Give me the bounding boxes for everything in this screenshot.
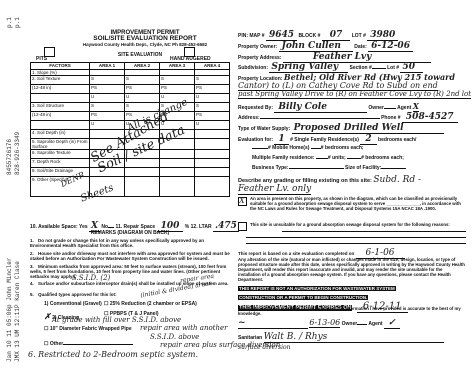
location-line-3[interactable]: past Spring Valley Drive to (R) on Feath…: [238, 90, 471, 99]
sanitarian-signature[interactable]: Walt B. / Rhys: [264, 332, 444, 343]
unsuitable-checkbox[interactable]: [238, 222, 247, 231]
subdivision-row: Subdivision: Spring Valley Section # Lot…: [238, 62, 423, 72]
pits-checkbox[interactable]: [44, 47, 55, 57]
fax-header-line-1: Jan 10 11 05:06p John Mincler: [6, 258, 13, 362]
remark-2: 2.House site and/or driveway must not in…: [30, 251, 230, 261]
hand-option-repair-another: repair area with another: [140, 324, 228, 332]
water-supply-value[interactable]: Proposed Drilled Well: [292, 123, 444, 134]
acknowledge-text: I understand the requirements of this re…: [238, 307, 466, 317]
fax-header-line-2: JMX 13 UM 12:11P Karen Clase: [14, 261, 21, 362]
form-title: IMPROVEMENT PERMIT SOIL/SITE EVALUATION …: [60, 30, 230, 48]
site-evaluation-heading: SITE EVALUATION: [100, 53, 180, 58]
fax-header-number-1: 8455726176: [6, 139, 13, 175]
owner-signature-row: ~ 6-13-06 Owner Agent ✓: [238, 318, 400, 329]
map-number[interactable]: 9645: [266, 30, 297, 41]
remark-1: 1.Do not grade or change this lot in any…: [30, 238, 230, 248]
eval-count[interactable]: 1: [274, 134, 288, 145]
mobile-row: # Mobile Home(s) # bedrooms each;: [252, 145, 364, 151]
evaluation-row: Evaluation for: 1 # Single Family Reside…: [238, 134, 416, 144]
block-number[interactable]: 07: [322, 30, 351, 41]
owner-signature[interactable]: ~: [238, 318, 308, 329]
remark-5: 5.Qualified types approved for this lot:: [30, 292, 230, 297]
table-row: UUUU: [31, 94, 230, 103]
table-row: 2. Soil TextureSSSS: [31, 76, 230, 85]
hand-remark-4-ssid: S.S.I.D. (2): [72, 274, 110, 282]
unsuitable-text: This site is unsuitable for a ground abs…: [250, 222, 465, 227]
col-area-3: AREA 3: [160, 63, 195, 70]
fax-header-page: p.1: [6, 17, 13, 28]
option-other[interactable]: ☐ Other: [44, 341, 133, 347]
address-row: Property Address: Feather Lvy: [238, 52, 431, 62]
remarks-title: REMARKS (DIAGRAM ON BACK): [70, 231, 190, 236]
agent-checkmark[interactable]: ✓: [384, 318, 400, 329]
hand-option-at-grade: At grade with fill over S.S.I.D. above: [52, 316, 181, 324]
agent-mark[interactable]: X: [413, 101, 419, 112]
fax-header-number-2: 828-926-3349: [14, 132, 21, 175]
ltar-label: 12. LTAR: [191, 224, 212, 230]
agency-line: Haywood County Health Dept., Clyde, NC P…: [60, 43, 230, 48]
bedrooms-value[interactable]: 2: [360, 134, 376, 145]
available-space-label: 10. Available Space: Yes: [30, 224, 88, 230]
hand-augered-checkbox[interactable]: [184, 47, 195, 57]
table-row: (12-48 in)PSPSPSPS: [31, 112, 230, 121]
surface-diversion-note: surface diversion: [238, 344, 290, 351]
business-row: Business Type: Size of Facility:: [252, 165, 406, 171]
signature-date[interactable]: 6-13-06: [309, 318, 340, 328]
reason-line-1[interactable]: [282, 231, 466, 232]
fax-header-page-2: p.1: [14, 17, 21, 28]
table-row: (12-48 in)PSPSPSPS: [31, 85, 230, 94]
grading-value-1[interactable]: Subd. Rd -: [373, 175, 421, 185]
pin-row: PIN: MAP # 9645 BLOCK # 07 LOT # 3980: [238, 30, 398, 40]
hand-option-ssid-above: S.S.I.D. above: [150, 333, 199, 341]
col-factors: FACTORS: [31, 63, 90, 70]
water-row: Type of Water Supply: Proposed Drilled W…: [238, 123, 444, 133]
option-25pct-reduction[interactable]: ☐ 25% Reduction (2 chamber or EPSA): [104, 301, 197, 307]
multi-row: Multiple Family residence: # units; # be…: [252, 155, 404, 161]
addr2-row: Address: Phone # 508-4527: [238, 112, 458, 122]
table-row: 3. Soil StructureSSSS: [31, 103, 230, 112]
lot-number[interactable]: 3980: [367, 30, 398, 41]
ltar-value[interactable]: .475: [213, 221, 239, 232]
suitable-text: An area is present on this property, as …: [250, 196, 465, 211]
sanitarian-row: Sanitarian Walt B. / Rhys: [238, 332, 444, 343]
report-body: Any alteration of the site (natural or m…: [238, 258, 466, 283]
hand-remark-6: 6. Restricted to 2-Bedroom septic system…: [28, 350, 198, 359]
grading-value-2[interactable]: Feather Lv. only: [238, 184, 311, 195]
table-row: 8. Soil/Site Drainage: [31, 168, 230, 177]
requested-row: Requested By: Billy Cole Owner Agent X: [238, 101, 419, 112]
option-conventional[interactable]: 1) Conventional (Gravel): [44, 301, 102, 307]
repair-space-pct: %: [185, 224, 189, 230]
owner-value[interactable]: John Cullen: [279, 41, 353, 52]
suitable-checkbox[interactable]: X: [238, 197, 247, 206]
col-area-2: AREA 2: [125, 63, 160, 70]
col-area-1: AREA 1: [90, 63, 125, 70]
date-value[interactable]: 6-12-06: [368, 41, 413, 52]
option-fabric-pipe[interactable]: ☐ 10" Diameter Fabric Wrapped Pipe: [44, 326, 132, 332]
reason-line-3[interactable]: [246, 243, 466, 244]
col-area-4: AREA 4: [195, 63, 230, 70]
table-header-row: FACTORS AREA 1 AREA 2 AREA 3 AREA 4: [31, 63, 230, 70]
phone-value[interactable]: 508-4527: [402, 112, 458, 123]
owner-row: Property Owner: John Cullen Date: 6-12-0…: [238, 41, 413, 51]
reason-line-2[interactable]: [246, 237, 466, 238]
